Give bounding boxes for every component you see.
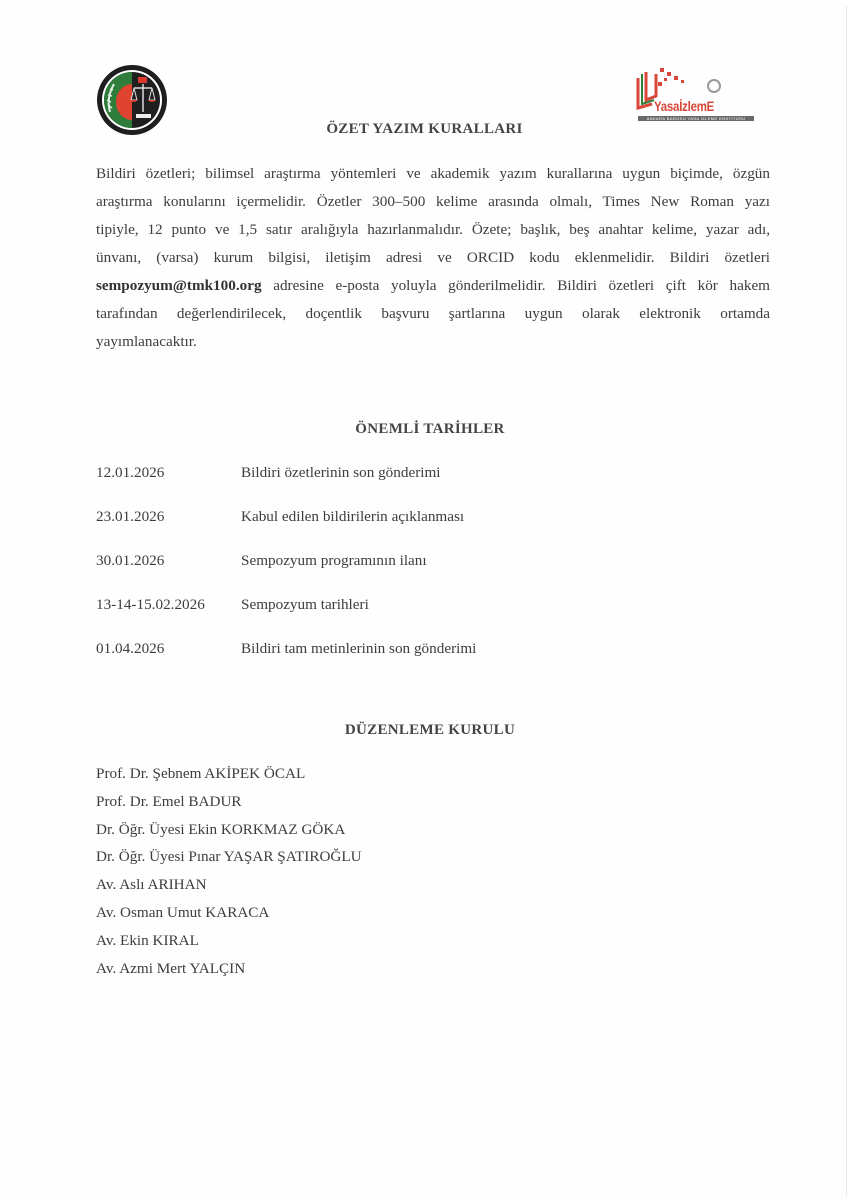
committee-member: Av. Osman Umut KARACA: [96, 903, 362, 931]
date-value: 13-14-15.02.2026: [96, 596, 205, 614]
committee-member: Prof. Dr. Şebnem AKİPEK ÖCAL: [96, 764, 362, 792]
committee-member: Dr. Öğr. Üyesi Ekin KORKMAZ GÖKA: [96, 820, 362, 848]
brand-name: YasaİzlemE: [654, 98, 714, 114]
date-description: Bildiri özetlerinin son gönderimi: [241, 464, 441, 482]
date-row: 23.01.2026 Kabul edilen bildirilerin açı…: [96, 504, 696, 548]
committee-member: Av. Ekin KIRAL: [96, 931, 362, 959]
submission-email[interactable]: sempozyum@tmk100.org: [96, 277, 262, 294]
paragraph-line: tarafından değerlendirilecek, doçentlik …: [96, 300, 770, 328]
paragraph-line: ünvanı, (varsa) kurum bilgisi, iletişim …: [96, 244, 770, 272]
document-page: YasaİzlemE ANKARA BAROSU YASA İZLEME ENS…: [0, 0, 849, 1200]
date-row: 01.04.2026 Bildiri tam metinlerinin son …: [96, 636, 696, 680]
section-title-writing-rules: ÖZET YAZIM KURALLARI: [0, 121, 849, 138]
date-row: 30.01.2026 Sempozyum programının ilanı: [96, 548, 696, 592]
organizing-committee-list: Prof. Dr. Şebnem AKİPEK ÖCAL Prof. Dr. E…: [96, 764, 362, 986]
yasa-izleme-logo: YasaİzlemE ANKARA BAROSU YASA İZLEME ENS…: [634, 64, 758, 124]
date-description: Bildiri tam metinlerinin son gönderimi: [241, 640, 476, 658]
writing-rules-paragraph: Bildiri özetleri; bilimsel araştırma yön…: [96, 160, 770, 356]
date-description: Sempozyum programının ilanı: [241, 552, 427, 570]
committee-member: Av. Azmi Mert YALÇIN: [96, 959, 362, 987]
date-row: 13-14-15.02.2026 Sempozyum tarihleri: [96, 592, 696, 636]
paragraph-line: Bildiri özetleri; bilimsel araştırma yön…: [96, 160, 770, 188]
date-description: Sempozyum tarihleri: [241, 596, 369, 614]
date-value: 01.04.2026: [96, 640, 164, 658]
committee-member: Dr. Öğr. Üyesi Pınar YAŞAR ŞATIROĞLU: [96, 847, 362, 875]
committee-member: Prof. Dr. Emel BADUR: [96, 792, 362, 820]
date-value: 30.01.2026: [96, 552, 164, 570]
committee-member: Av. Aslı ARIHAN: [96, 875, 362, 903]
paragraph-line: tipiyle, 12 punto ve 1,5 satır aralığıyl…: [96, 216, 770, 244]
date-row: 12.01.2026 Bildiri özetlerinin son gönde…: [96, 460, 696, 504]
paragraph-line-email: sempozyum@tmk100.org adresine e-posta yo…: [96, 272, 770, 300]
date-value: 12.01.2026: [96, 464, 164, 482]
paragraph-line: yayımlanacaktır.: [96, 328, 770, 356]
section-title-organizing-committee: DÜZENLEME KURULU: [50, 722, 810, 739]
date-value: 23.01.2026: [96, 508, 164, 526]
section-title-important-dates: ÖNEMLİ TARİHLER: [50, 421, 810, 438]
date-description: Kabul edilen bildirilerin açıklanması: [241, 508, 464, 526]
important-dates-list: 12.01.2026 Bildiri özetlerinin son gönde…: [96, 460, 696, 680]
email-line-text: adresine e-posta yoluyla gönderilmelidir…: [262, 277, 770, 294]
paragraph-line: araştırma konularını içermelidir. Özetle…: [96, 188, 770, 216]
page-edge: [846, 6, 847, 1196]
